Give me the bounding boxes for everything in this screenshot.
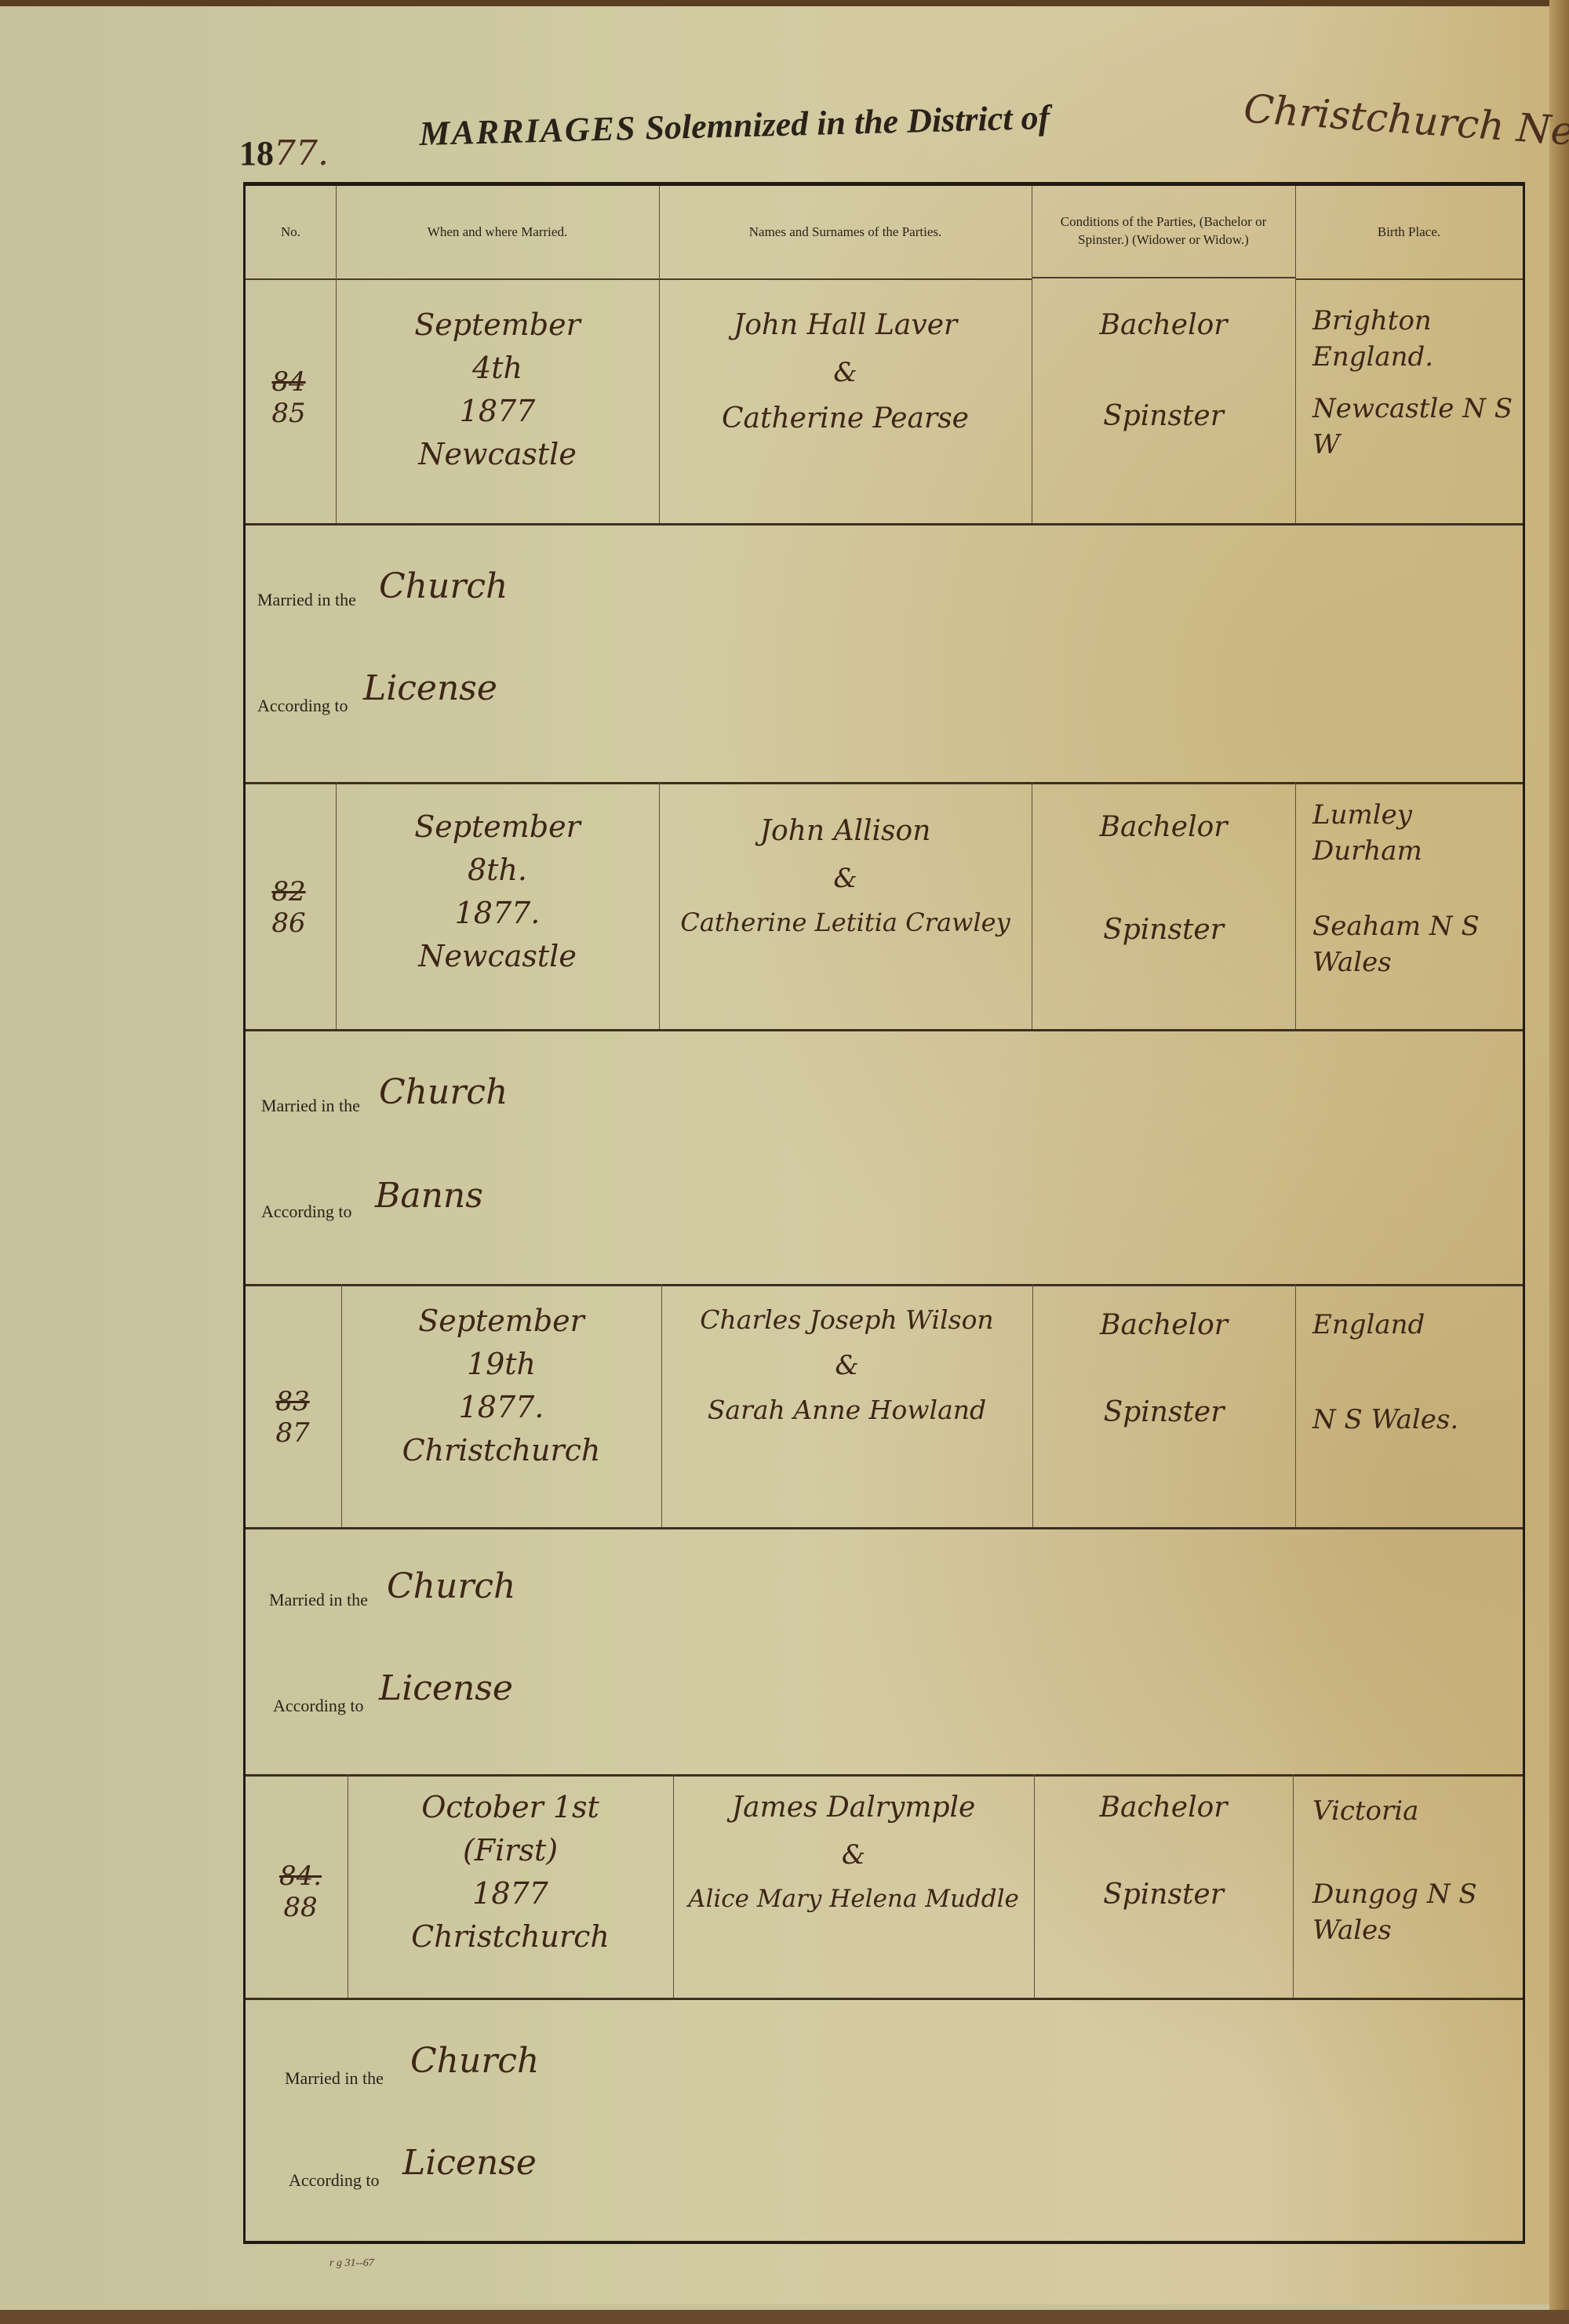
- bride-birthplace: Seaham N S Wales: [1312, 909, 1516, 981]
- entry-divider: [246, 1284, 1523, 1286]
- according-to-value: License: [402, 2143, 537, 2183]
- entry-number-new: 87: [275, 1417, 309, 1449]
- entry-conditions: Bachelor Spinster: [1032, 1311, 1295, 1427]
- date-year: 1877: [348, 1872, 673, 1915]
- column-divider: [1032, 186, 1032, 278]
- entry-names: John Hall Laver & Catherine Pearse: [659, 307, 1032, 438]
- date-day: (First): [348, 1829, 673, 1872]
- date-month: September: [341, 1300, 661, 1343]
- entry-number-new: 85: [271, 398, 305, 429]
- book-bottom-edge: [0, 2310, 1569, 2324]
- marriage-place: Newcastle: [336, 433, 659, 476]
- entry-names: John Allison & Catherine Letitia Crawley: [659, 813, 1032, 940]
- book-top-edge: [0, 0, 1569, 6]
- entry-number: 82 86: [246, 876, 332, 939]
- date-month: September: [336, 806, 659, 849]
- column-divider: [1293, 1774, 1294, 1998]
- entry-date-place: October 1st (First) 1877 Christchurch: [348, 1786, 673, 1958]
- entry-divider: [246, 782, 1523, 784]
- groom-birthplace: England: [1312, 1307, 1516, 1344]
- entry-number-old: 83: [249, 1386, 336, 1417]
- married-in-value: Church: [379, 1072, 508, 1112]
- ampersand: &: [673, 1838, 1034, 1872]
- entry-birthplaces: Brighton England. Newcastle N S W: [1312, 304, 1516, 464]
- married-in-value: Church: [387, 1566, 515, 1606]
- column-header-names: Names and Surnames of the Parties.: [659, 186, 1032, 280]
- entry-number-old: 84: [246, 366, 332, 398]
- marriage-place: Christchurch: [348, 1915, 673, 1958]
- entry-conditions: Bachelor Spinster: [1034, 1794, 1293, 1909]
- groom-birthplace: Lumley Durham: [1312, 798, 1516, 870]
- married-in-label: Married in the: [261, 1096, 360, 1116]
- entry-birthplaces: England N S Wales.: [1312, 1307, 1516, 1438]
- according-to-label: According to: [289, 2170, 379, 2191]
- page-header: 1877. MARRIAGES Solemnized in the Distri…: [239, 114, 1569, 184]
- bride-condition: Spinster: [1032, 402, 1295, 431]
- entry-number: 83 87: [249, 1386, 336, 1449]
- column-header-no: No.: [246, 186, 336, 280]
- entry-names: Charles Joseph Wilson & Sarah Anne Howla…: [661, 1304, 1032, 1427]
- row-divider: [246, 1998, 1523, 2000]
- bride-name: Alice Mary Helena Muddle: [673, 1883, 1034, 1915]
- row-divider: [246, 1029, 1523, 1031]
- married-in-label: Married in the: [269, 1590, 368, 1610]
- bride-condition: Spinster: [1034, 1881, 1293, 1909]
- column-divider: [1295, 1284, 1296, 1527]
- according-to-value: Banns: [375, 1176, 483, 1216]
- bride-condition: Spinster: [1032, 1398, 1295, 1427]
- groom-birthplace: Victoria: [1312, 1794, 1516, 1830]
- according-to-value: License: [379, 1668, 513, 1708]
- entry-number: 84. 88: [257, 1860, 344, 1923]
- according-to-label: According to: [273, 1696, 363, 1716]
- groom-birthplace: Brighton England.: [1312, 304, 1516, 376]
- bride-name: Catherine Letitia Crawley: [659, 907, 1032, 940]
- date-month: October 1st: [348, 1786, 673, 1829]
- entry-birthplaces: Lumley Durham Seaham N S Wales: [1312, 798, 1516, 981]
- entry-number-old: 82: [246, 876, 332, 907]
- column-divider: [1295, 278, 1296, 523]
- column-header-when-where: When and where Married.: [336, 186, 659, 280]
- according-to-value: License: [363, 668, 497, 708]
- title-caps: MARRIAGES: [419, 109, 637, 153]
- entry-number-new: 88: [283, 1892, 317, 1923]
- year-printed: 18: [239, 134, 274, 173]
- entry-number-old: 84.: [257, 1860, 344, 1892]
- entry-birthplaces: Victoria Dungog N S Wales: [1312, 1794, 1516, 1949]
- column-header-birthplace: Birth Place.: [1295, 186, 1523, 280]
- book-spine-edge: [1549, 0, 1569, 2324]
- year: 1877.: [239, 133, 329, 173]
- groom-condition: Bachelor: [1032, 1311, 1295, 1340]
- column-divider: [1295, 186, 1296, 278]
- entry-names: James Dalrymple & Alice Mary Helena Mudd…: [673, 1790, 1034, 1915]
- date-day: 8th.: [336, 849, 659, 892]
- date-year: 1877.: [336, 892, 659, 935]
- column-header-conditions: Conditions of the Parties, (Bachelor or …: [1032, 186, 1295, 278]
- entry-number-new: 86: [271, 907, 305, 939]
- entry-date-place: September 8th. 1877. Newcastle: [336, 806, 659, 978]
- marriage-place: Newcastle: [336, 935, 659, 978]
- groom-name: John Hall Laver: [659, 307, 1032, 344]
- date-day: 19th: [341, 1343, 661, 1386]
- column-divider: [659, 186, 660, 278]
- entry-conditions: Bachelor Spinster: [1032, 311, 1295, 431]
- ampersand: &: [659, 355, 1032, 390]
- row-divider: [246, 1527, 1523, 1529]
- date-month: September: [336, 304, 659, 347]
- ampersand: &: [661, 1348, 1032, 1383]
- marriage-place: Christchurch: [341, 1429, 661, 1472]
- bride-condition: Spinster: [1032, 916, 1295, 944]
- ampersand: &: [659, 861, 1032, 896]
- according-to-label: According to: [261, 1202, 351, 1222]
- groom-condition: Bachelor: [1032, 311, 1295, 340]
- date-year: 1877: [336, 390, 659, 433]
- bride-birthplace: Dungog N S Wales: [1312, 1877, 1516, 1949]
- column-divider: [1295, 782, 1296, 1029]
- married-in-value: Church: [410, 2041, 539, 2081]
- according-to-label: According to: [257, 696, 348, 716]
- entry-conditions: Bachelor Spinster: [1032, 813, 1295, 944]
- bride-name: Sarah Anne Howland: [661, 1394, 1032, 1427]
- date-day: 4th: [336, 347, 659, 390]
- groom-name: Charles Joseph Wilson: [661, 1304, 1032, 1337]
- column-divider: [336, 186, 337, 278]
- entry-divider: [246, 1774, 1523, 1777]
- married-in-label: Married in the: [257, 590, 356, 610]
- entry-number: 84 85: [246, 366, 332, 429]
- groom-name: James Dalrymple: [673, 1790, 1034, 1827]
- date-year: 1877.: [341, 1386, 661, 1429]
- bride-name: Catherine Pearse: [659, 401, 1032, 438]
- printer-code: r g 31--67: [329, 2257, 374, 2270]
- bride-birthplace: N S Wales.: [1312, 1402, 1516, 1438]
- entry-date-place: September 4th 1877 Newcastle: [336, 304, 659, 476]
- groom-name: John Allison: [659, 813, 1032, 850]
- marriage-register-table: No. When and where Married. Names and Su…: [243, 182, 1525, 2244]
- bride-birthplace: Newcastle N S W: [1312, 391, 1516, 464]
- year-handwritten: 77.: [274, 133, 329, 173]
- entry-date-place: September 19th 1877. Christchurch: [341, 1300, 661, 1472]
- row-divider: [246, 523, 1523, 526]
- groom-condition: Bachelor: [1034, 1794, 1293, 1822]
- married-in-value: Church: [379, 566, 508, 606]
- married-in-label: Married in the: [285, 2068, 384, 2089]
- groom-condition: Bachelor: [1032, 813, 1295, 842]
